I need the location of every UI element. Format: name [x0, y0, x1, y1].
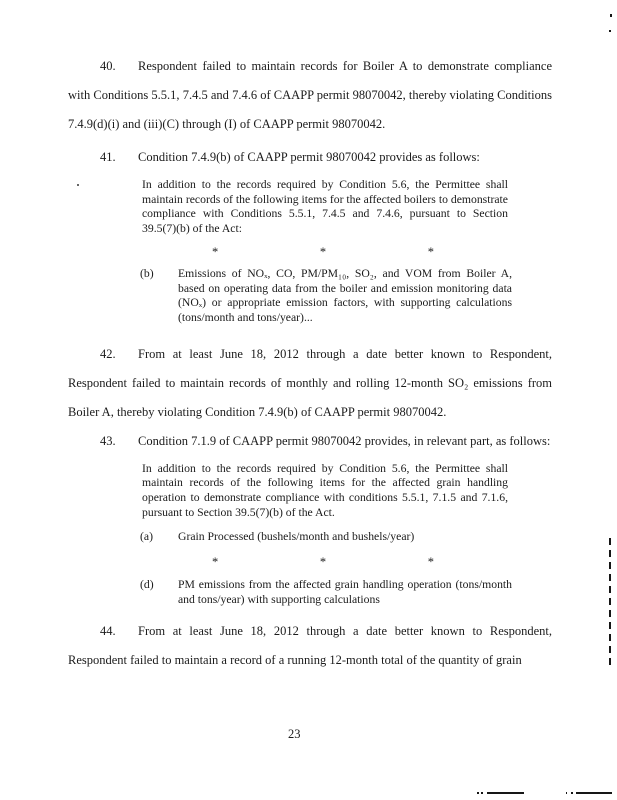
- asterisk-separator-1: * * *: [212, 245, 434, 260]
- subitem-a-label: (a): [140, 530, 178, 545]
- page-body-text: 40.Respondent failed to maintain records…: [68, 52, 552, 675]
- paragraph-41-text: Condition 7.4.9(b) of CAAPP permit 98070…: [138, 150, 480, 164]
- subitem-a-text: Grain Processed (bushels/month and bushe…: [178, 530, 512, 545]
- asterisk-glyph: *: [428, 555, 434, 570]
- scan-artifact-right-edge-dashed-line: [609, 538, 611, 668]
- asterisk-glyph: *: [320, 555, 326, 570]
- scan-speck-left-margin: [77, 184, 79, 186]
- page-number: 23: [288, 727, 301, 742]
- asterisk-glyph: *: [320, 245, 326, 260]
- asterisk-separator-2: * * *: [212, 555, 434, 570]
- paragraph-40-number: 40.: [100, 52, 138, 81]
- paragraph-42-text: From at least June 18, 2012 through a da…: [68, 347, 552, 419]
- paragraph-42-number: 42.: [100, 340, 138, 369]
- subitem-d-label: (d): [140, 578, 178, 607]
- subitem-b-label: (b): [140, 267, 178, 326]
- paragraph-40-text: Respondent failed to maintain records fo…: [68, 59, 552, 131]
- paragraph-42: 42.From at least June 18, 2012 through a…: [68, 340, 552, 427]
- subitem-a: (a) Grain Processed (bushels/month and b…: [140, 530, 512, 545]
- subitem-d-text: PM emissions from the affected grain han…: [178, 578, 512, 607]
- scan-speck-top-right-1: [610, 14, 612, 17]
- document-page: 40.Respondent failed to maintain records…: [0, 0, 617, 800]
- asterisk-glyph: *: [428, 245, 434, 260]
- asterisk-glyph: *: [212, 245, 218, 260]
- paragraph-43: 43.Condition 7.1.9 of CAAPP permit 98070…: [68, 427, 552, 456]
- subitem-d: (d) PM emissions from the affected grain…: [140, 578, 512, 607]
- blockquote-condition-719: In addition to the records required by C…: [142, 462, 508, 521]
- paragraph-44-text: From at least June 18, 2012 through a da…: [68, 624, 552, 667]
- paragraph-40: 40.Respondent failed to maintain records…: [68, 52, 552, 139]
- paragraph-43-text: Condition 7.1.9 of CAAPP permit 98070042…: [138, 434, 550, 448]
- blockquote-condition-749b: In addition to the records required by C…: [142, 178, 508, 237]
- paragraph-41-number: 41.: [100, 143, 138, 172]
- scan-artifact-bottom-dash-1: [477, 792, 524, 794]
- scan-speck-top-right-2: [609, 30, 611, 32]
- paragraph-44-number: 44.: [100, 617, 138, 646]
- paragraph-43-number: 43.: [100, 427, 138, 456]
- asterisk-glyph: *: [212, 555, 218, 570]
- paragraph-41: 41.Condition 7.4.9(b) of CAAPP permit 98…: [68, 143, 552, 172]
- subitem-b-text: Emissions of NOₓ, CO, PM/PM₁₀, SO₂, and …: [178, 267, 512, 326]
- subitem-b: (b) Emissions of NOₓ, CO, PM/PM₁₀, SO₂, …: [140, 267, 512, 326]
- paragraph-44: 44.From at least June 18, 2012 through a…: [68, 617, 552, 675]
- scan-artifact-bottom-dash-2: [566, 792, 612, 794]
